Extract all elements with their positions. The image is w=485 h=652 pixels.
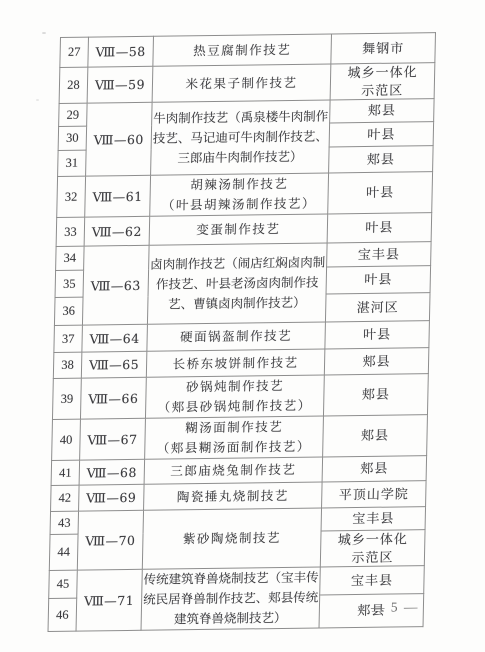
code-cell: Ⅷ—63 [82,245,149,325]
serial-cell: 39 [52,378,81,419]
scanned-page: 27 Ⅷ—58 热豆腐制作技艺 舞钢市 28 Ⅷ—59 米花果子制作技艺 城乡一… [0,0,485,652]
location-cell: 郏县 [330,99,434,123]
location-cell: 城乡一体化 示范区 [320,530,425,567]
serial-cell: 27 [60,37,89,67]
code-cell: Ⅷ—69 [79,484,145,511]
craft-name-cell: 胡辣汤制作技艺 （叶县胡辣汤制作技艺） [150,173,329,216]
craft-name-cell: 牛肉制作技艺（禹泉楼牛肉制作技艺、马记迪可牛肉制作技艺、三郎庙牛肉制作技艺） [151,100,331,175]
table-row: 28 Ⅷ—59 米花果子制作技艺 城乡一体化 示范区 [59,63,435,104]
location-cell: 城乡一体化 示范区 [330,63,435,100]
code-cell: Ⅷ—70 [77,510,143,570]
serial-cell: 29 [59,103,87,126]
serial-cell: 41 [51,460,80,485]
craft-name-cell: 紫砂陶烧制技艺 [142,508,321,569]
serial-cell: 43 [50,511,78,534]
heritage-table: 27 Ⅷ—58 热豆腐制作技艺 舞钢市 28 Ⅷ—59 米花果子制作技艺 城乡一… [48,32,436,632]
craft-name-cell: 硬面锅盔制作技艺 [147,322,326,351]
location-cell: 郏县 [329,146,434,173]
location-cell: 叶县 [327,213,432,243]
craft-name-cell: 陶瓷捶丸烧制技艺 [144,482,323,510]
location-cell: 叶县 [325,321,430,349]
serial-cell: 40 [52,419,81,460]
code-cell: Ⅷ—68 [79,459,145,485]
table-row: 27 Ⅷ—58 热豆腐制作技艺 舞钢市 [60,33,436,68]
craft-name-cell: 卤肉制作技艺（闹店红焖卤肉制作技艺、叶县老汤卤肉制作技艺、曹镇卤肉制作技艺） [147,243,327,324]
craft-name-cell: 三郎庙烧兔制作技艺 [144,457,323,484]
location-cell: 叶县 [329,122,434,147]
serial-cell: 42 [51,485,80,511]
serial-cell: 35 [55,270,84,297]
code-cell: Ⅷ—65 [81,351,147,378]
location-cell: 叶县 [326,266,431,294]
location-cell: 舞钢市 [331,33,436,64]
table-row: 40 Ⅷ—67 糊汤面制作技艺 （郏县糊汤面制作技艺） 郏县 [52,415,428,461]
serial-cell: 28 [59,67,88,103]
serial-cell: 33 [56,217,85,246]
page-number: — 5 — [371,599,419,616]
location-cell: 郏县 [323,415,428,457]
code-cell: Ⅷ—59 [87,66,153,103]
location-cell: 湛河区 [325,293,430,322]
serial-cell: 30 [58,126,87,150]
craft-name-cell: 传统建筑脊兽烧制技艺（宝丰传统民居脊兽制作技艺、郏县传统建筑脊兽烧制技艺） [141,567,320,630]
craft-name-cell: 长桥东坡饼制作技艺 [146,349,325,377]
serial-cell: 36 [54,297,83,325]
serial-cell: 32 [57,176,86,217]
serial-cell: 34 [56,246,85,270]
code-cell: Ⅷ—67 [80,418,146,460]
location-cell: 宝丰县 [327,242,432,267]
serial-cell: 45 [49,570,78,598]
table-row: 39 Ⅷ—66 砂锅炖制作技艺 （郏县砂锅炖制作技艺） 郏县 [52,374,428,420]
craft-name-cell: 砂锅炖制作技艺 （郏县砂锅炖制作技艺） [145,375,324,418]
location-cell: 叶县 [328,172,433,214]
serial-cell: 44 [49,534,78,570]
location-cell: 宝丰县 [321,507,425,531]
scan-speck [36,99,39,101]
code-cell: Ⅷ—61 [85,175,151,217]
location-cell: 郏县 [322,456,427,482]
serial-cell: 38 [53,352,82,378]
craft-name-cell: 糊汤面制作技艺 （郏县糊汤面制作技艺） [145,416,324,459]
craft-name-cell: 热豆腐制作技艺 [153,34,332,66]
craft-name-cell: 米花果子制作技艺 [152,64,331,102]
scan-skew-wrapper: 27 Ⅷ—58 热豆腐制作技艺 舞钢市 28 Ⅷ—59 米花果子制作技艺 城乡一… [48,32,436,632]
code-cell: Ⅷ—62 [84,216,150,246]
craft-name-cell: 变蛋制作技艺 [149,214,328,245]
scan-speck [42,32,46,34]
code-cell: Ⅷ—71 [76,569,142,631]
serial-cell: 37 [54,325,83,352]
location-cell: 郏县 [323,374,428,416]
location-cell: 郏县 [324,348,429,375]
table-row: 32 Ⅷ—61 胡辣汤制作技艺 （叶县胡辣汤制作技艺） 叶县 [57,172,433,218]
serial-cell: 46 [48,598,77,631]
serial-cell: 31 [58,150,87,176]
code-cell: Ⅷ—58 [88,36,154,67]
location-cell: 平顶山学院 [322,481,427,508]
code-cell: Ⅷ—60 [86,102,153,176]
code-cell: Ⅷ—64 [82,324,148,352]
location-cell: 宝丰县 [320,566,425,595]
code-cell: Ⅷ—66 [80,377,146,419]
